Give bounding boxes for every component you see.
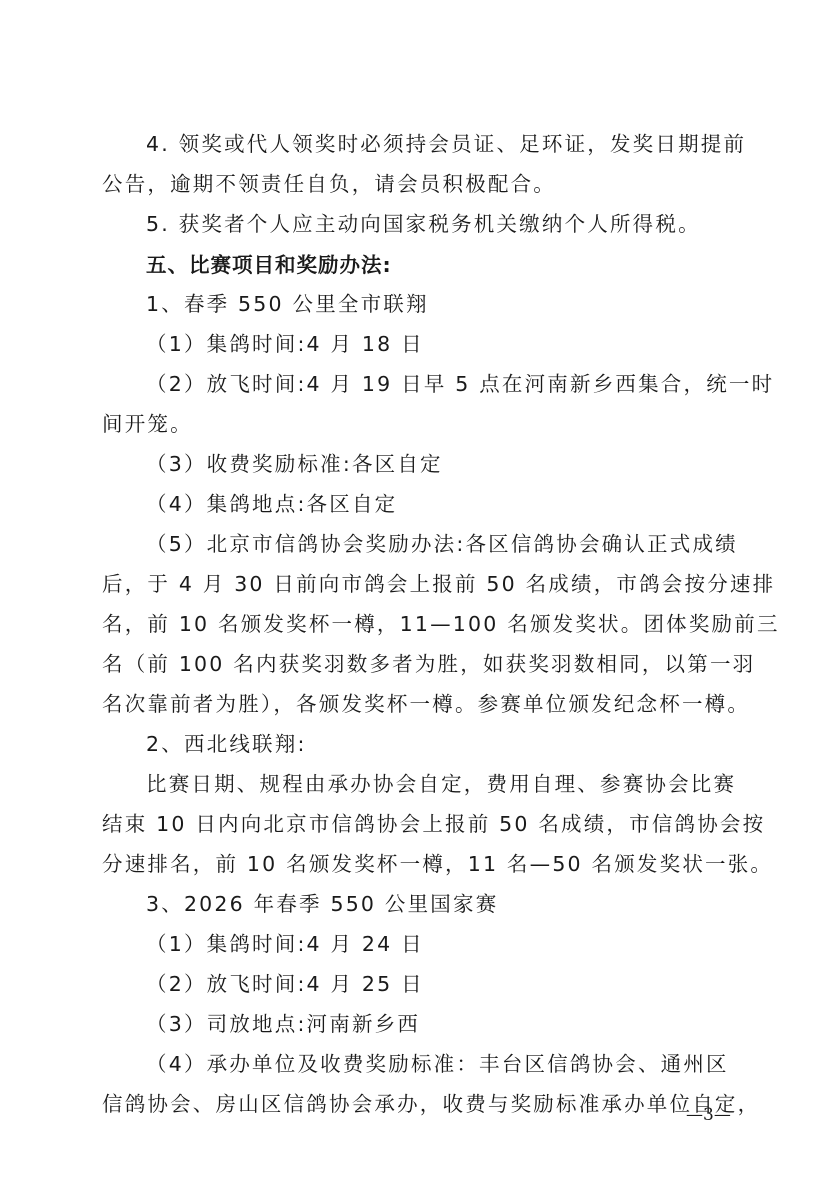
- subsection-heading-1: 1、春季 550 公里全市联翔: [146, 292, 786, 316]
- list-item: （3）司放地点:河南新乡西: [146, 1012, 786, 1036]
- list-item-cont: 名（前 100 名内获奖羽数多者为胜，如获奖羽数相同，以第一羽: [102, 652, 742, 676]
- list-item-cont: 间开笼。: [102, 412, 742, 436]
- list-item: （4）承办单位及收费奖励标准：丰台区信鸽协会、通州区: [146, 1052, 786, 1076]
- list-item: （1）集鸽时间:4 月 24 日: [146, 932, 786, 956]
- paragraph-cont: 分速排名，前 10 名颁发奖杯一樽，11 名—50 名颁发奖状一张。: [102, 852, 742, 876]
- list-item-cont: 名，前 10 名颁发奖杯一樽，11—100 名颁发奖状。团体奖励前三: [102, 612, 742, 636]
- list-item: （2）放飞时间:4 月 25 日: [146, 972, 786, 996]
- list-item: （2）放飞时间:4 月 19 日早 5 点在河南新乡西集合，统一时: [146, 372, 786, 396]
- paragraph-cont: 结束 10 日内向北京市信鸽协会上报前 50 名成绩，市信鸽协会按: [102, 812, 742, 836]
- paragraph-item-4-cont: 公告，逾期不领责任自负，请会员积极配合。: [102, 172, 742, 196]
- paragraph-item-4: 4. 领奖或代人领奖时必须持会员证、足环证，发奖日期提前: [146, 132, 786, 156]
- subsection-heading-2: 2、西北线联翔:: [146, 732, 786, 756]
- paragraph-item-5: 5. 获奖者个人应主动向国家税务机关缴纳个人所得税。: [146, 212, 786, 236]
- list-item: （1）集鸽时间:4 月 18 日: [146, 332, 786, 356]
- section-heading-5: 五、比赛项目和奖励办法:: [146, 253, 786, 277]
- document-page: 4. 领奖或代人领奖时必须持会员证、足环证，发奖日期提前 公告，逾期不领责任自负…: [0, 0, 839, 1187]
- list-item: （3）收费奖励标准:各区自定: [146, 452, 786, 476]
- page-number: —3—: [686, 1105, 731, 1125]
- subsection-heading-3: 3、2026 年春季 550 公里国家赛: [146, 892, 786, 916]
- list-item-cont: 后，于 4 月 30 日前向市鸽会上报前 50 名成绩，市鸽会按分速排: [102, 572, 742, 596]
- list-item-cont: 名次靠前者为胜），各颁发奖杯一樽。参赛单位颁发纪念杯一樽。: [102, 692, 742, 716]
- list-item: （5）北京市信鸽协会奖励办法:各区信鸽协会确认正式成绩: [146, 532, 786, 556]
- list-item-cont: 信鸽协会、房山区信鸽协会承办，收费与奖励标准承办单位自定，: [102, 1092, 742, 1116]
- paragraph: 比赛日期、规程由承办协会自定，费用自理、参赛协会比赛: [146, 772, 786, 796]
- list-item: （4）集鸽地点:各区自定: [146, 492, 786, 516]
